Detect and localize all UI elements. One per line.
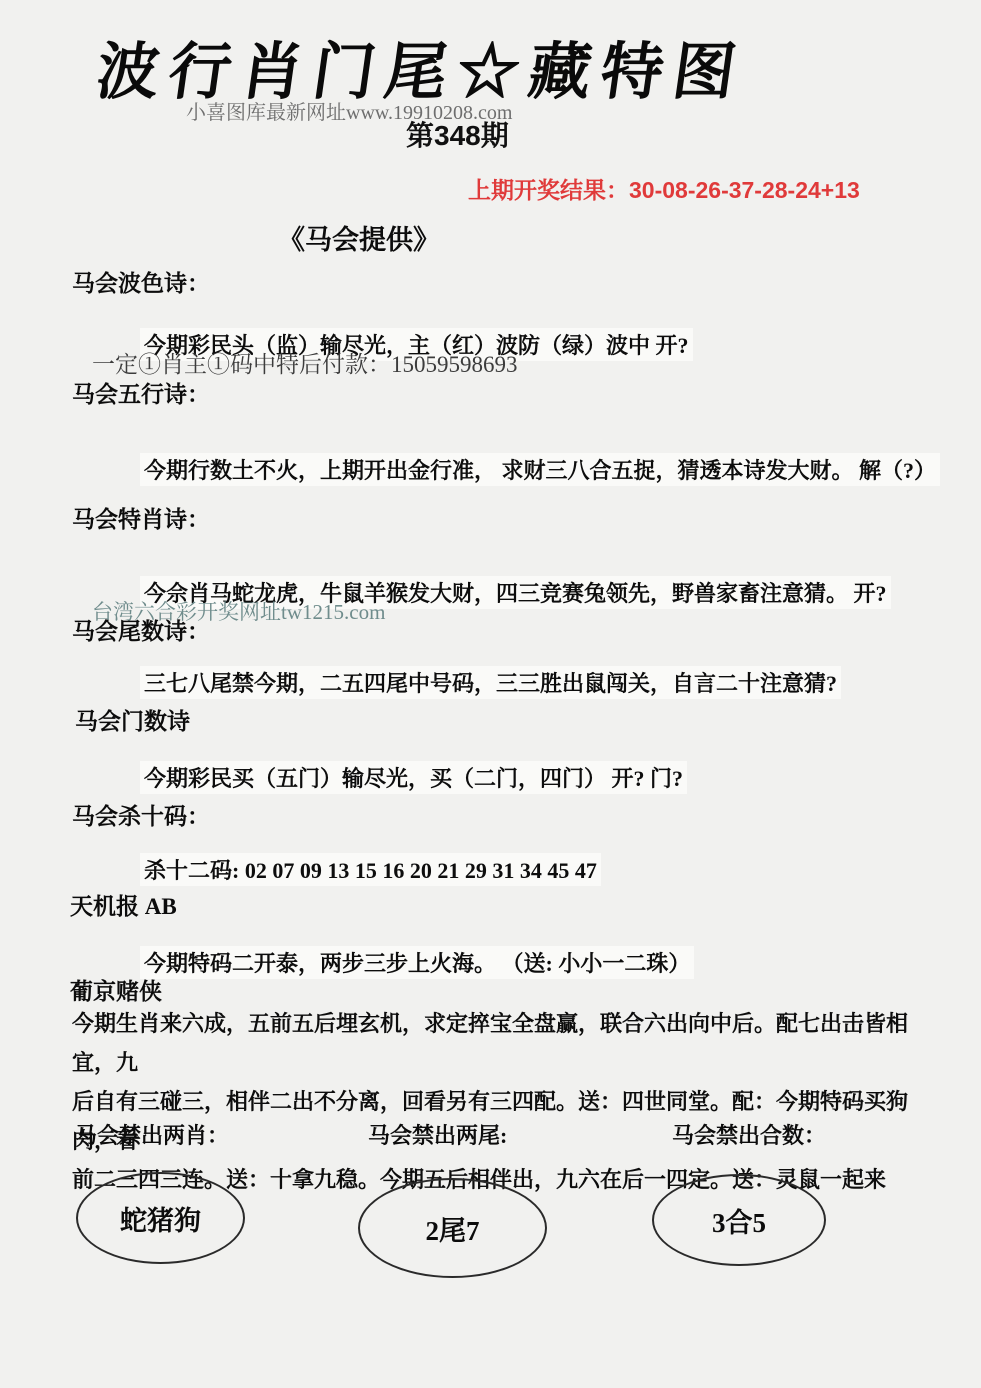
issue-number: 第348期 <box>406 114 509 154</box>
ban-sum-label: 马会禁出合数： <box>672 1119 826 1150</box>
section-label-wuxing: 马会五行诗： <box>72 376 210 409</box>
poem-line-weishu: 三七八尾禁今期，二五四尾中号码，三三胜出鼠闯关，自言二十注意猜? <box>140 666 841 699</box>
poem-line-wuxing: 今期行数土不火，上期开出金行准， 求财三八合五捉，猜透本诗发大财。 解（?） <box>140 453 940 486</box>
section-label-tianji: 天机报 AB <box>70 888 177 921</box>
ban-tail-oval: 2尾7 <box>358 1178 547 1278</box>
last-draw-result: 上期开奖结果：30-08-26-37-28-24+13 <box>468 172 860 205</box>
ban-tail-label: 马会禁出两尾: <box>368 1119 507 1150</box>
ban-tail-value: 2尾7 <box>426 1209 480 1248</box>
section-label-menshu: 马会门数诗 <box>75 703 190 736</box>
pujing-paragraph: 今期生肖来六成，五前五后埋玄机，求定捽宝全盘赢，联合六出向中后。配七出击皆相宜，… <box>72 1004 932 1199</box>
ban-sum-value: 3合5 <box>712 1201 766 1240</box>
last-draw-result-numbers: 30-08-26-37-28-24+13 <box>629 177 860 203</box>
ban-zodiac-value: 蛇猪狗 <box>120 1199 201 1238</box>
provider-heading: 《马会提供》 <box>278 218 440 257</box>
ban-sum-oval: 3合5 <box>652 1174 826 1266</box>
poem-line-tianji: 今期特码二开泰，两步三步上火海。 （送: 小小一二珠） <box>140 946 694 979</box>
section-label-shama: 马会杀十码： <box>72 798 210 831</box>
section-label-weishu: 马会尾数诗： <box>72 613 210 646</box>
poem-line-menshu: 今期彩民买（五门）输尽光，买（二门，四门） 开? 门? <box>140 761 687 794</box>
section-label-bose: 马会波色诗： <box>72 265 210 298</box>
ban-zodiac-oval: 蛇猪狗 <box>76 1172 245 1264</box>
section-label-texiao: 马会特肖诗： <box>72 501 210 534</box>
kill-codes-line: 杀十二码: 02 07 09 13 15 16 20 21 29 31 34 4… <box>140 853 601 886</box>
pujing-line-1: 今期生肖来六成，五前五后埋玄机，求定捽宝全盘赢，联合六出向中后。配七出击皆相宜，… <box>72 1004 932 1082</box>
ban-zodiac-label: 马会禁出两肖： <box>75 1119 229 1150</box>
last-draw-result-label: 上期开奖结果： <box>468 177 629 203</box>
section-label-pujing: 葡京赌侠 <box>70 973 162 1006</box>
phone-watermark: 一定①肖主①码中特后付款：15059598693 <box>92 346 518 379</box>
tip-sheet-page: 波行肖门尾☆藏特图 小喜图库最新网址www.19910208.com 第348期… <box>0 0 981 1388</box>
